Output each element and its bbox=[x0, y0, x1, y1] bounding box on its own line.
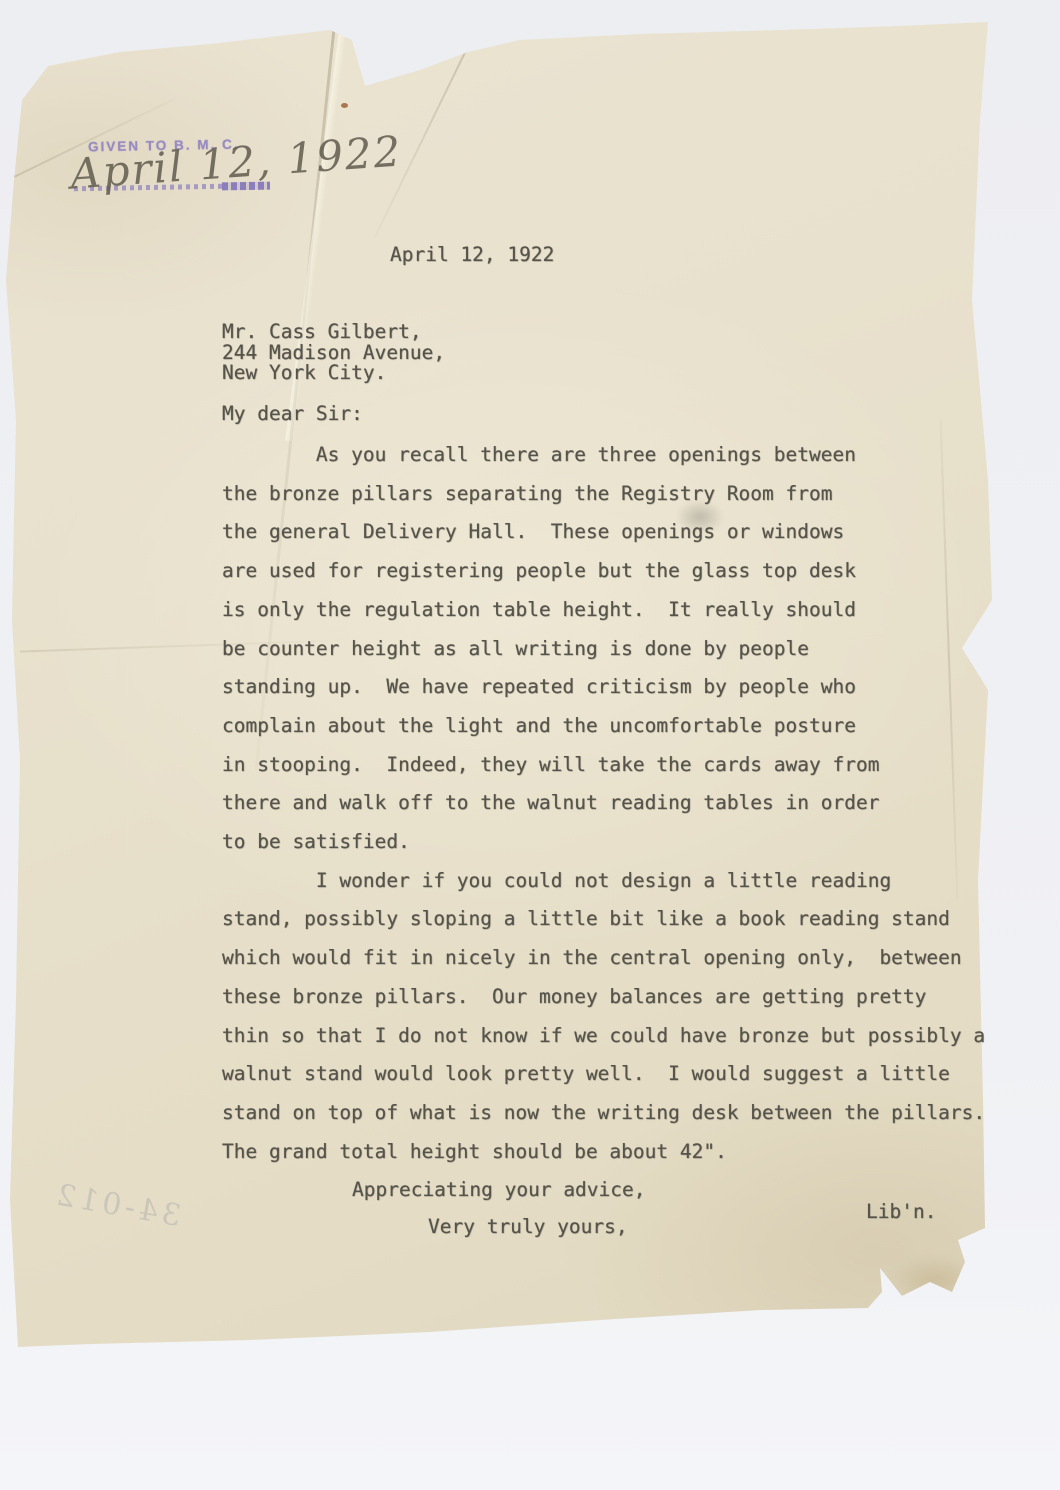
letter-body-line: As you recall there are three openings b… bbox=[222, 436, 1032, 475]
closing-valediction: Very truly yours, bbox=[428, 1215, 628, 1238]
letter-body: As you recall there are three openings b… bbox=[222, 436, 1032, 1171]
paper-fleck bbox=[341, 103, 348, 108]
letter-body-line: stand, possibly sloping a little bit lik… bbox=[222, 900, 1032, 939]
signature-librarian: Lib'n. bbox=[866, 1200, 936, 1223]
letter-body-line: thin so that I do not know if we could h… bbox=[222, 1017, 1032, 1056]
letter-body-line: I wonder if you could not design a littl… bbox=[222, 862, 1032, 901]
letter-body-line: is only the regulation table height. It … bbox=[222, 591, 1032, 630]
recipient-address-line: New York City. bbox=[222, 363, 445, 384]
recipient-address: Mr. Cass Gilbert,244 Madison Avenue,New … bbox=[222, 322, 445, 384]
letter-body-line: there and walk off to the walnut reading… bbox=[222, 784, 1032, 823]
letter-body-line: to be satisfied. bbox=[222, 823, 1032, 862]
paper-stain bbox=[890, 1255, 980, 1305]
letter-body-line: are used for registering people but the … bbox=[222, 552, 1032, 591]
salutation: My dear Sir: bbox=[222, 402, 363, 425]
letter-body-line: in stooping. Indeed, they will take the … bbox=[222, 746, 1032, 785]
recipient-address-line: Mr. Cass Gilbert, bbox=[222, 322, 445, 343]
letter-body-line: The grand total height should be about 4… bbox=[222, 1133, 1032, 1172]
scanned-letter-page: GIVEN TO B. M. C. April 12, 1922 April 1… bbox=[0, 0, 1060, 1490]
typed-date: April 12, 1922 bbox=[390, 243, 554, 266]
letter-body-line: be counter height as all writing is done… bbox=[222, 630, 1032, 669]
letter-body-line: the bronze pillars separating the Regist… bbox=[222, 475, 1032, 514]
letter-body-line: stand on top of what is now the writing … bbox=[222, 1094, 1032, 1133]
closing-appreciation: Appreciating your advice, bbox=[352, 1178, 646, 1201]
letter-body-line: standing up. We have repeated criticism … bbox=[222, 668, 1032, 707]
letter-body-line: which would fit in nicely in the central… bbox=[222, 939, 1032, 978]
letter-body-line: the general Delivery Hall. These opening… bbox=[222, 513, 1032, 552]
recipient-address-line: 244 Madison Avenue, bbox=[222, 343, 445, 364]
letter-body-line: complain about the light and the uncomfo… bbox=[222, 707, 1032, 746]
letter-body-line: these bronze pillars. Our money balances… bbox=[222, 978, 1032, 1017]
letter-body-line: walnut stand would look pretty well. I w… bbox=[222, 1055, 1032, 1094]
